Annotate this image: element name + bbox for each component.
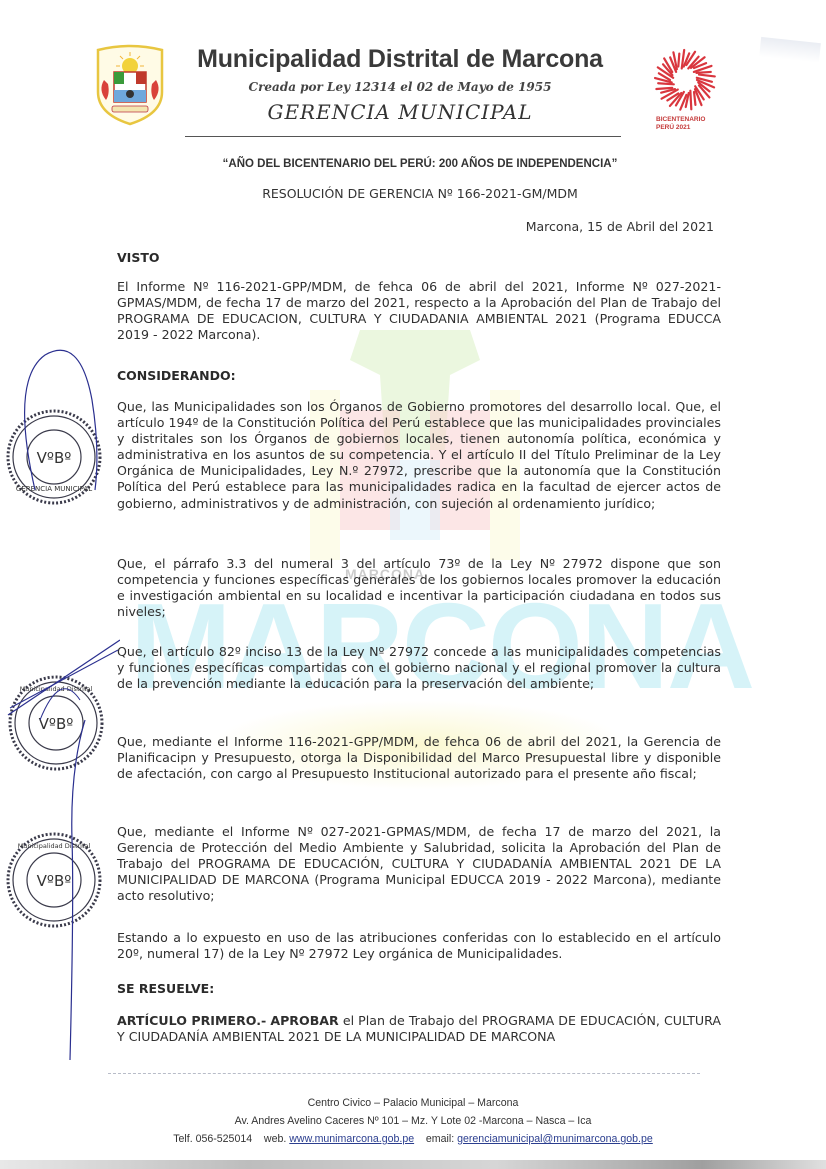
considerando-paragraph-2: Que, el párrafo 3.3 del numeral 3 del ar…	[117, 556, 721, 620]
considerando-paragraph-4: Que, mediante el Informe 116-2021-GPP/MD…	[117, 734, 721, 782]
footer-address-line-1: Centro Civico – Palacio Municipal – Marc…	[60, 1097, 766, 1109]
footer-phone: Telf. 056-525014	[173, 1133, 252, 1145]
considerando-paragraph-3: Que, el artículo 82º inciso 13 de la Ley…	[117, 644, 721, 692]
header-divider	[185, 136, 621, 137]
bicentennial-label-1: BICENTENARIO	[646, 116, 724, 124]
considerando-paragraph-1: Que, las Municipalidades son los Órganos…	[117, 399, 721, 512]
articulo-primero-verb: APROBAR	[270, 1013, 338, 1028]
approval-stamp-gerencia-icon: VºBº GERENCIA MUNICIPAL	[4, 407, 104, 507]
svg-text:VºBº: VºBº	[37, 449, 72, 467]
svg-text:VºBº: VºBº	[37, 872, 72, 890]
scan-smudge	[759, 37, 821, 63]
department-title: GERENCIA MUNICIPAL	[194, 100, 606, 124]
considerando-paragraph-5: Que, mediante el Informe Nº 027-2021-GPM…	[117, 824, 721, 904]
resolution-number: RESOLUCIÓN DE GERENCIA Nº 166-2021-GM/MD…	[100, 186, 740, 201]
footer-address-line-2: Av. Andres Avelino Caceres Nº 101 – Mz. …	[60, 1115, 766, 1127]
svg-text:VºBº: VºBº	[39, 715, 74, 733]
svg-text:Municipalidad Distrital: Municipalidad Distrital	[20, 685, 93, 693]
resolution-document: MARCONA MARCONA Municipalidad Distrital …	[0, 0, 826, 1169]
visto-paragraph: El Informe Nº 116-2021-GPP/MDM, de fehca…	[117, 279, 721, 343]
date-line: Marcona, 15 de Abril del 2021	[526, 219, 714, 234]
svg-text:GERENCIA MUNICIPAL: GERENCIA MUNICIPAL	[16, 485, 92, 493]
considerando-paragraph-6: Estando a lo expuesto en uso de las atri…	[117, 930, 721, 962]
se-resuelve-heading: SE RESUELVE:	[117, 981, 214, 996]
municipal-crest-icon	[92, 44, 168, 126]
bicentennial-logo: BICENTENARIO PERÚ 2021	[646, 44, 724, 154]
year-motto: “AÑO DEL BICENTENARIO DEL PERÚ: 200 AÑOS…	[100, 158, 740, 170]
footer-contact-line: Telf. 056-525014 web. www.munimarcona.go…	[60, 1133, 766, 1145]
considerando-heading: CONSIDERANDO:	[117, 368, 236, 383]
approval-stamp-medio-ambiente-icon: VºBº Municipalidad Distrital	[4, 830, 104, 930]
institution-title: Municipalidad Distrital de Marcona	[194, 45, 606, 74]
footer-web-label: web.	[264, 1133, 286, 1145]
scan-bottom-edge	[0, 1160, 826, 1169]
footer-divider	[108, 1073, 700, 1074]
articulo-primero: ARTÍCULO PRIMERO.- APROBAR el Plan de Tr…	[117, 1013, 721, 1045]
articulo-primero-label: ARTÍCULO PRIMERO.-	[117, 1013, 266, 1028]
footer-email-label: email:	[426, 1133, 454, 1145]
svg-text:Municipalidad Distrital: Municipalidad Distrital	[18, 842, 91, 850]
approval-stamp-juridica-icon: VºBº Municipalidad Distrital	[6, 673, 106, 773]
creation-note: Creada por Ley 12314 el 02 de Mayo de 19…	[194, 80, 606, 94]
bicentennial-burst-icon	[649, 44, 721, 116]
bicentennial-label-2: PERÚ 2021	[646, 124, 724, 132]
footer-web-link[interactable]: www.munimarcona.gob.pe	[289, 1133, 414, 1145]
footer-email-link[interactable]: gerenciamunicipal@munimarcona.gob.pe	[457, 1133, 653, 1145]
visto-heading: VISTO	[117, 250, 159, 265]
